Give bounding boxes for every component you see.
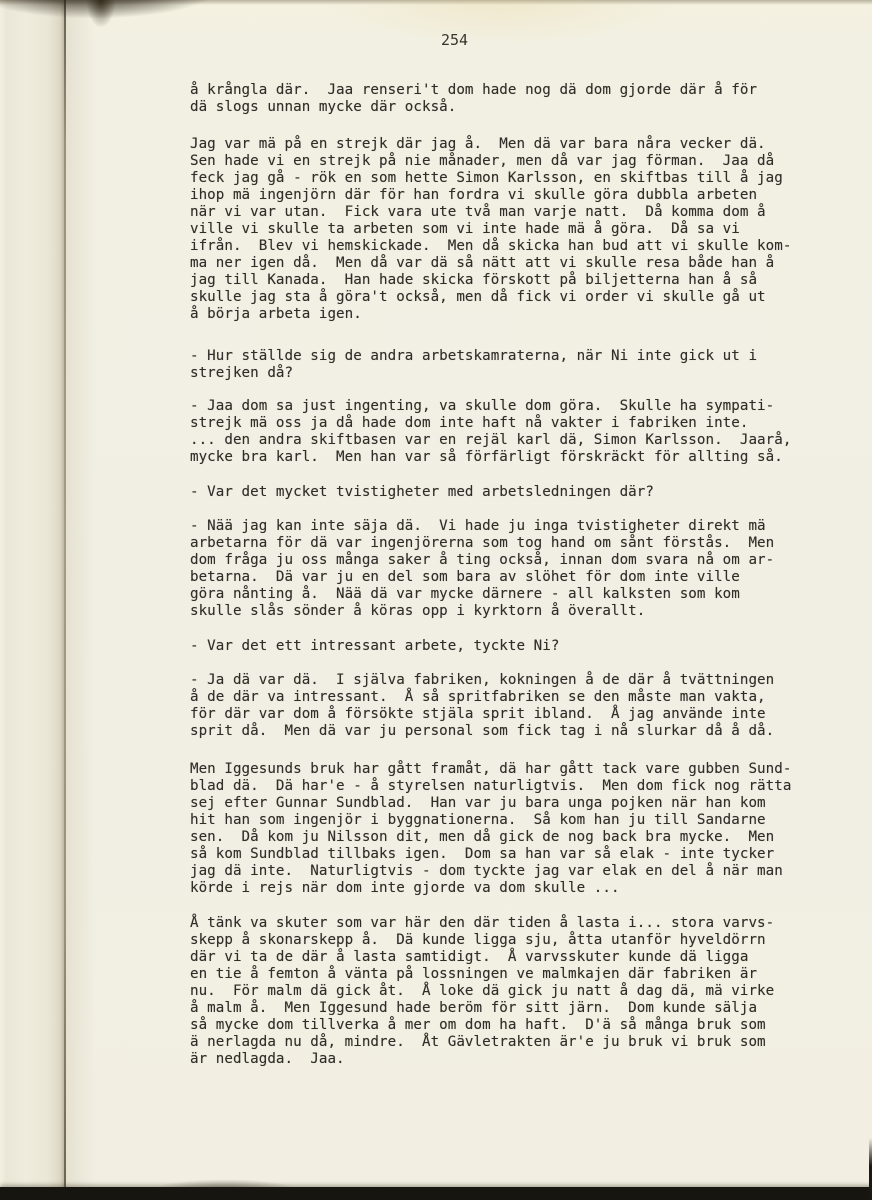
paragraph-answer-coworkers: - Jaa dom sa just ingenting, va skulle d… [190,398,830,466]
scanned-book-page: 254 å krångla där. Jaa renseri't dom had… [0,0,872,1200]
paragraph-question-disputes: - Var det mycket tvistigheter med arbets… [190,484,830,501]
paragraph-answer-continuation: å krångla där. Jaa renseri't dom hade no… [190,82,830,116]
paragraph-answer-interesting-work: - Ja dä var dä. I själva fabriken, kokni… [190,672,830,740]
paragraph-question-coworkers: - Hur ställde sig de andra arbetskamrate… [190,348,830,382]
paragraph-iggesund-sundblad: Men Iggesunds bruk har gått framåt, dä h… [190,761,830,897]
paragraph-strike-story: Jag var mä på en strejk där jag å. Men d… [190,136,830,323]
left-page-edge [0,0,64,1200]
paragraph-ships-and-mills: Å tänk va skuter som var här den där tid… [190,915,830,1068]
scan-bottom-edge [0,1187,872,1200]
gutter-highlight [66,0,96,1200]
scan-gutter-top-smudge [86,0,116,28]
paragraph-question-interesting-work: - Var det ett intressant arbete, tyckte … [190,638,830,655]
paper-stain [320,0,680,46]
paragraph-answer-disputes: - Nää jag kan inte säja dä. Vi hade ju i… [190,518,830,620]
